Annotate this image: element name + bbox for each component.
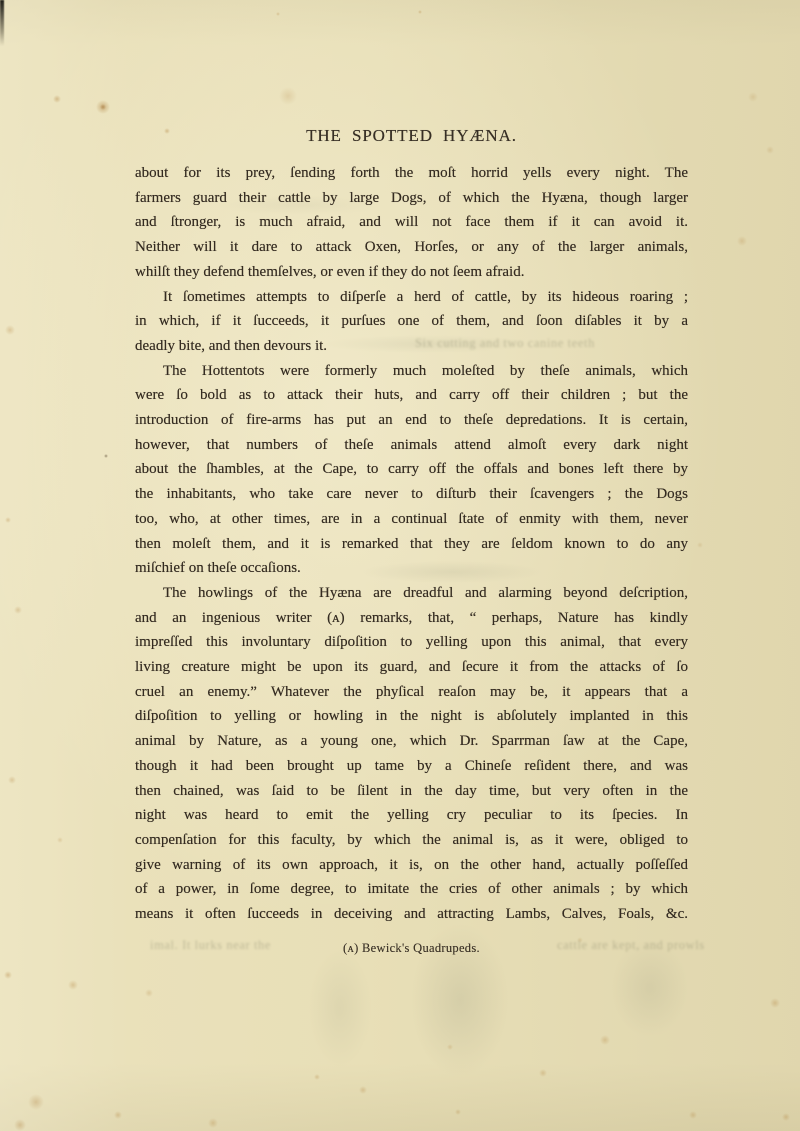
text-line: deadly bite, and then devours it. [135, 334, 688, 359]
text-line: introduction of fire-arms has put an end… [135, 408, 688, 433]
text-line: means it often ſucceeds in deceiving and… [135, 902, 688, 927]
text-line: animal by Nature, as a young one, which … [135, 729, 688, 754]
text-line: Neither will it dare to attack Oxen, Hor… [135, 235, 688, 260]
text-line: cruel an enemy.” Whatever the phyſical r… [135, 680, 688, 705]
text-line: living creature might be upon its guard,… [135, 655, 688, 680]
text-line: then chained, was ſaid to be ſilent in t… [135, 779, 688, 804]
text-line: whilſt they defend themſelves, or even i… [135, 260, 688, 285]
footnote-text: Bewick's Quadrupeds. [362, 941, 480, 955]
text-line: the inhabitants, who take care never to … [135, 482, 688, 507]
text-line: of a power, in ſome degree, to imitate t… [135, 877, 688, 902]
bleed-through-text: cattle are kept, and prowls [557, 938, 705, 953]
text-line: too, who, at other times, are in a conti… [135, 507, 688, 532]
text-line: give warning of its own approach, it is,… [135, 853, 688, 878]
text-line: and ſtronger, is much afraid, and will n… [135, 210, 688, 235]
text-line: It ſometimes attempts to diſperſe a herd… [135, 285, 688, 310]
text-line: and an ingenious writer (ᴀ) remarks, tha… [135, 606, 688, 631]
body-text: about for its prey, ſending forth the mo… [135, 161, 688, 927]
scan-edge-artifact [0, 0, 4, 46]
text-line: compenſation for this faculty, by which … [135, 828, 688, 853]
text-line: were ſo bold as to attack their huts, an… [135, 383, 688, 408]
text-line: night was heard to emit the yelling cry … [135, 803, 688, 828]
bleed-through-text: Six cutting and two canine teeth [415, 336, 595, 351]
bleed-through-text: imal. It lurks near the [150, 938, 271, 953]
text-line: diſpoſition to yelling or howling in the… [135, 704, 688, 729]
book-page: THE SPOTTED HYÆNA. about for its prey, ſ… [0, 0, 800, 1131]
page-title: THE SPOTTED HYÆNA. [135, 126, 688, 146]
text-line: then moleſt them, and it is remarked tha… [135, 532, 688, 557]
text-line: miſchief on theſe occaſions. [135, 556, 688, 581]
footnote-marker: (ᴀ) [343, 941, 359, 955]
text-line: however, that numbers of theſe animals a… [135, 433, 688, 458]
text-line: The howlings of the Hyæna are dreadful a… [135, 581, 688, 606]
text-line: about the ſhambles, at the Cape, to carr… [135, 457, 688, 482]
text-line: farmers guard their cattle by large Dogs… [135, 186, 688, 211]
text-line: The Hottentots were formerly much moleſt… [135, 359, 688, 384]
text-line: about for its prey, ſending forth the mo… [135, 161, 688, 186]
text-line: though it had been brought up tame by a … [135, 754, 688, 779]
text-line: impreſſed this involuntary diſpoſition t… [135, 630, 688, 655]
text-line: in which, if it ſucceeds, it purſues one… [135, 309, 688, 334]
